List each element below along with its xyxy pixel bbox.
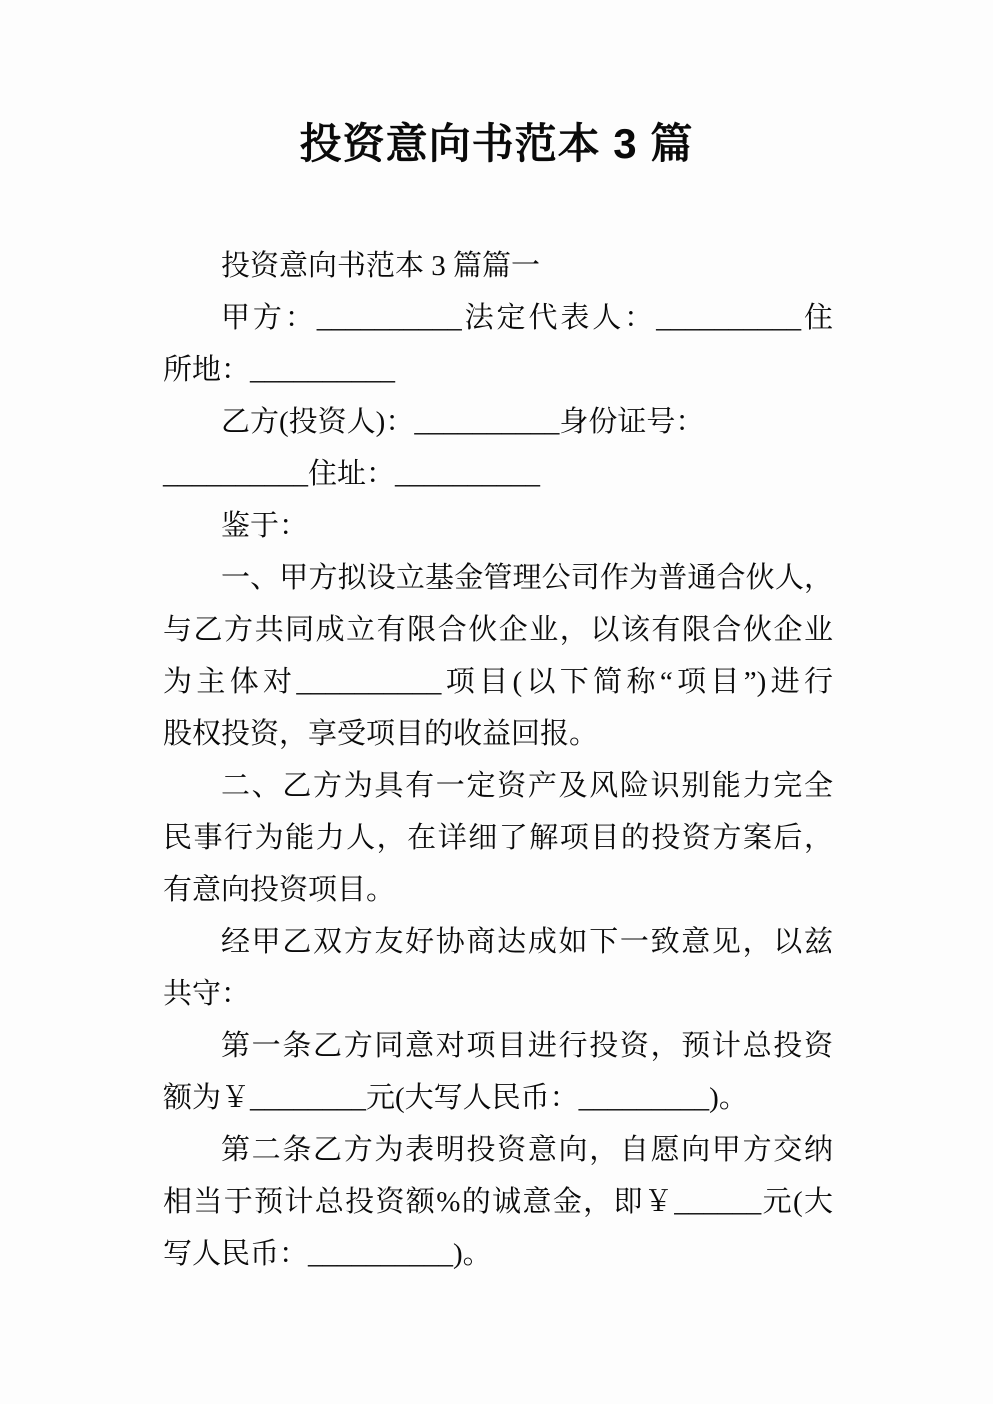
document-line: 写人民币：__________)。 (163, 1228, 833, 1280)
document-line: 二、乙方为具有一定资产及风险识别能力完全 (163, 760, 833, 812)
document-line: 所地：__________ (163, 344, 833, 396)
document-line: __________住址：__________ (163, 448, 833, 500)
document-line: 为主体对__________项目(以下简称“项目”)进行 (163, 656, 833, 708)
document-line: 乙方(投资人)：__________身份证号： (163, 396, 833, 448)
document-line: 相当于预计总投资额%的诚意金，即￥______元(大 (163, 1176, 833, 1228)
document-line: 第一条乙方同意对项目进行投资，预计总投资 (163, 1020, 833, 1072)
document-title: 投资意向书范本 3 篇 (0, 116, 993, 172)
document-line: 一、甲方拟设立基金管理公司作为普通合伙人， (163, 552, 833, 604)
document-line: 有意向投资项目。 (163, 864, 833, 916)
document-line: 鉴于： (163, 500, 833, 552)
document-line: 经甲乙双方友好协商达成如下一致意见，以兹 (163, 916, 833, 968)
document-line: 与乙方共同成立有限合伙企业，以该有限合伙企业 (163, 604, 833, 656)
document-line: 投资意向书范本 3 篇篇一 (163, 240, 833, 292)
document-line: 额为￥________元(大写人民币：_________)。 (163, 1072, 833, 1124)
document-body: 投资意向书范本 3 篇篇一甲方：__________法定代表人：________… (163, 240, 833, 1280)
document-line: 甲方：__________法定代表人：__________住 (163, 292, 833, 344)
document-page: 投资意向书范本 3 篇 投资意向书范本 3 篇篇一甲方：__________法定… (0, 0, 993, 1404)
document-line: 民事行为能力人，在详细了解项目的投资方案后， (163, 812, 833, 864)
document-line: 第二条乙方为表明投资意向，自愿向甲方交纳 (163, 1124, 833, 1176)
document-line: 股权投资，享受项目的收益回报。 (163, 708, 833, 760)
document-line: 共守： (163, 968, 833, 1020)
